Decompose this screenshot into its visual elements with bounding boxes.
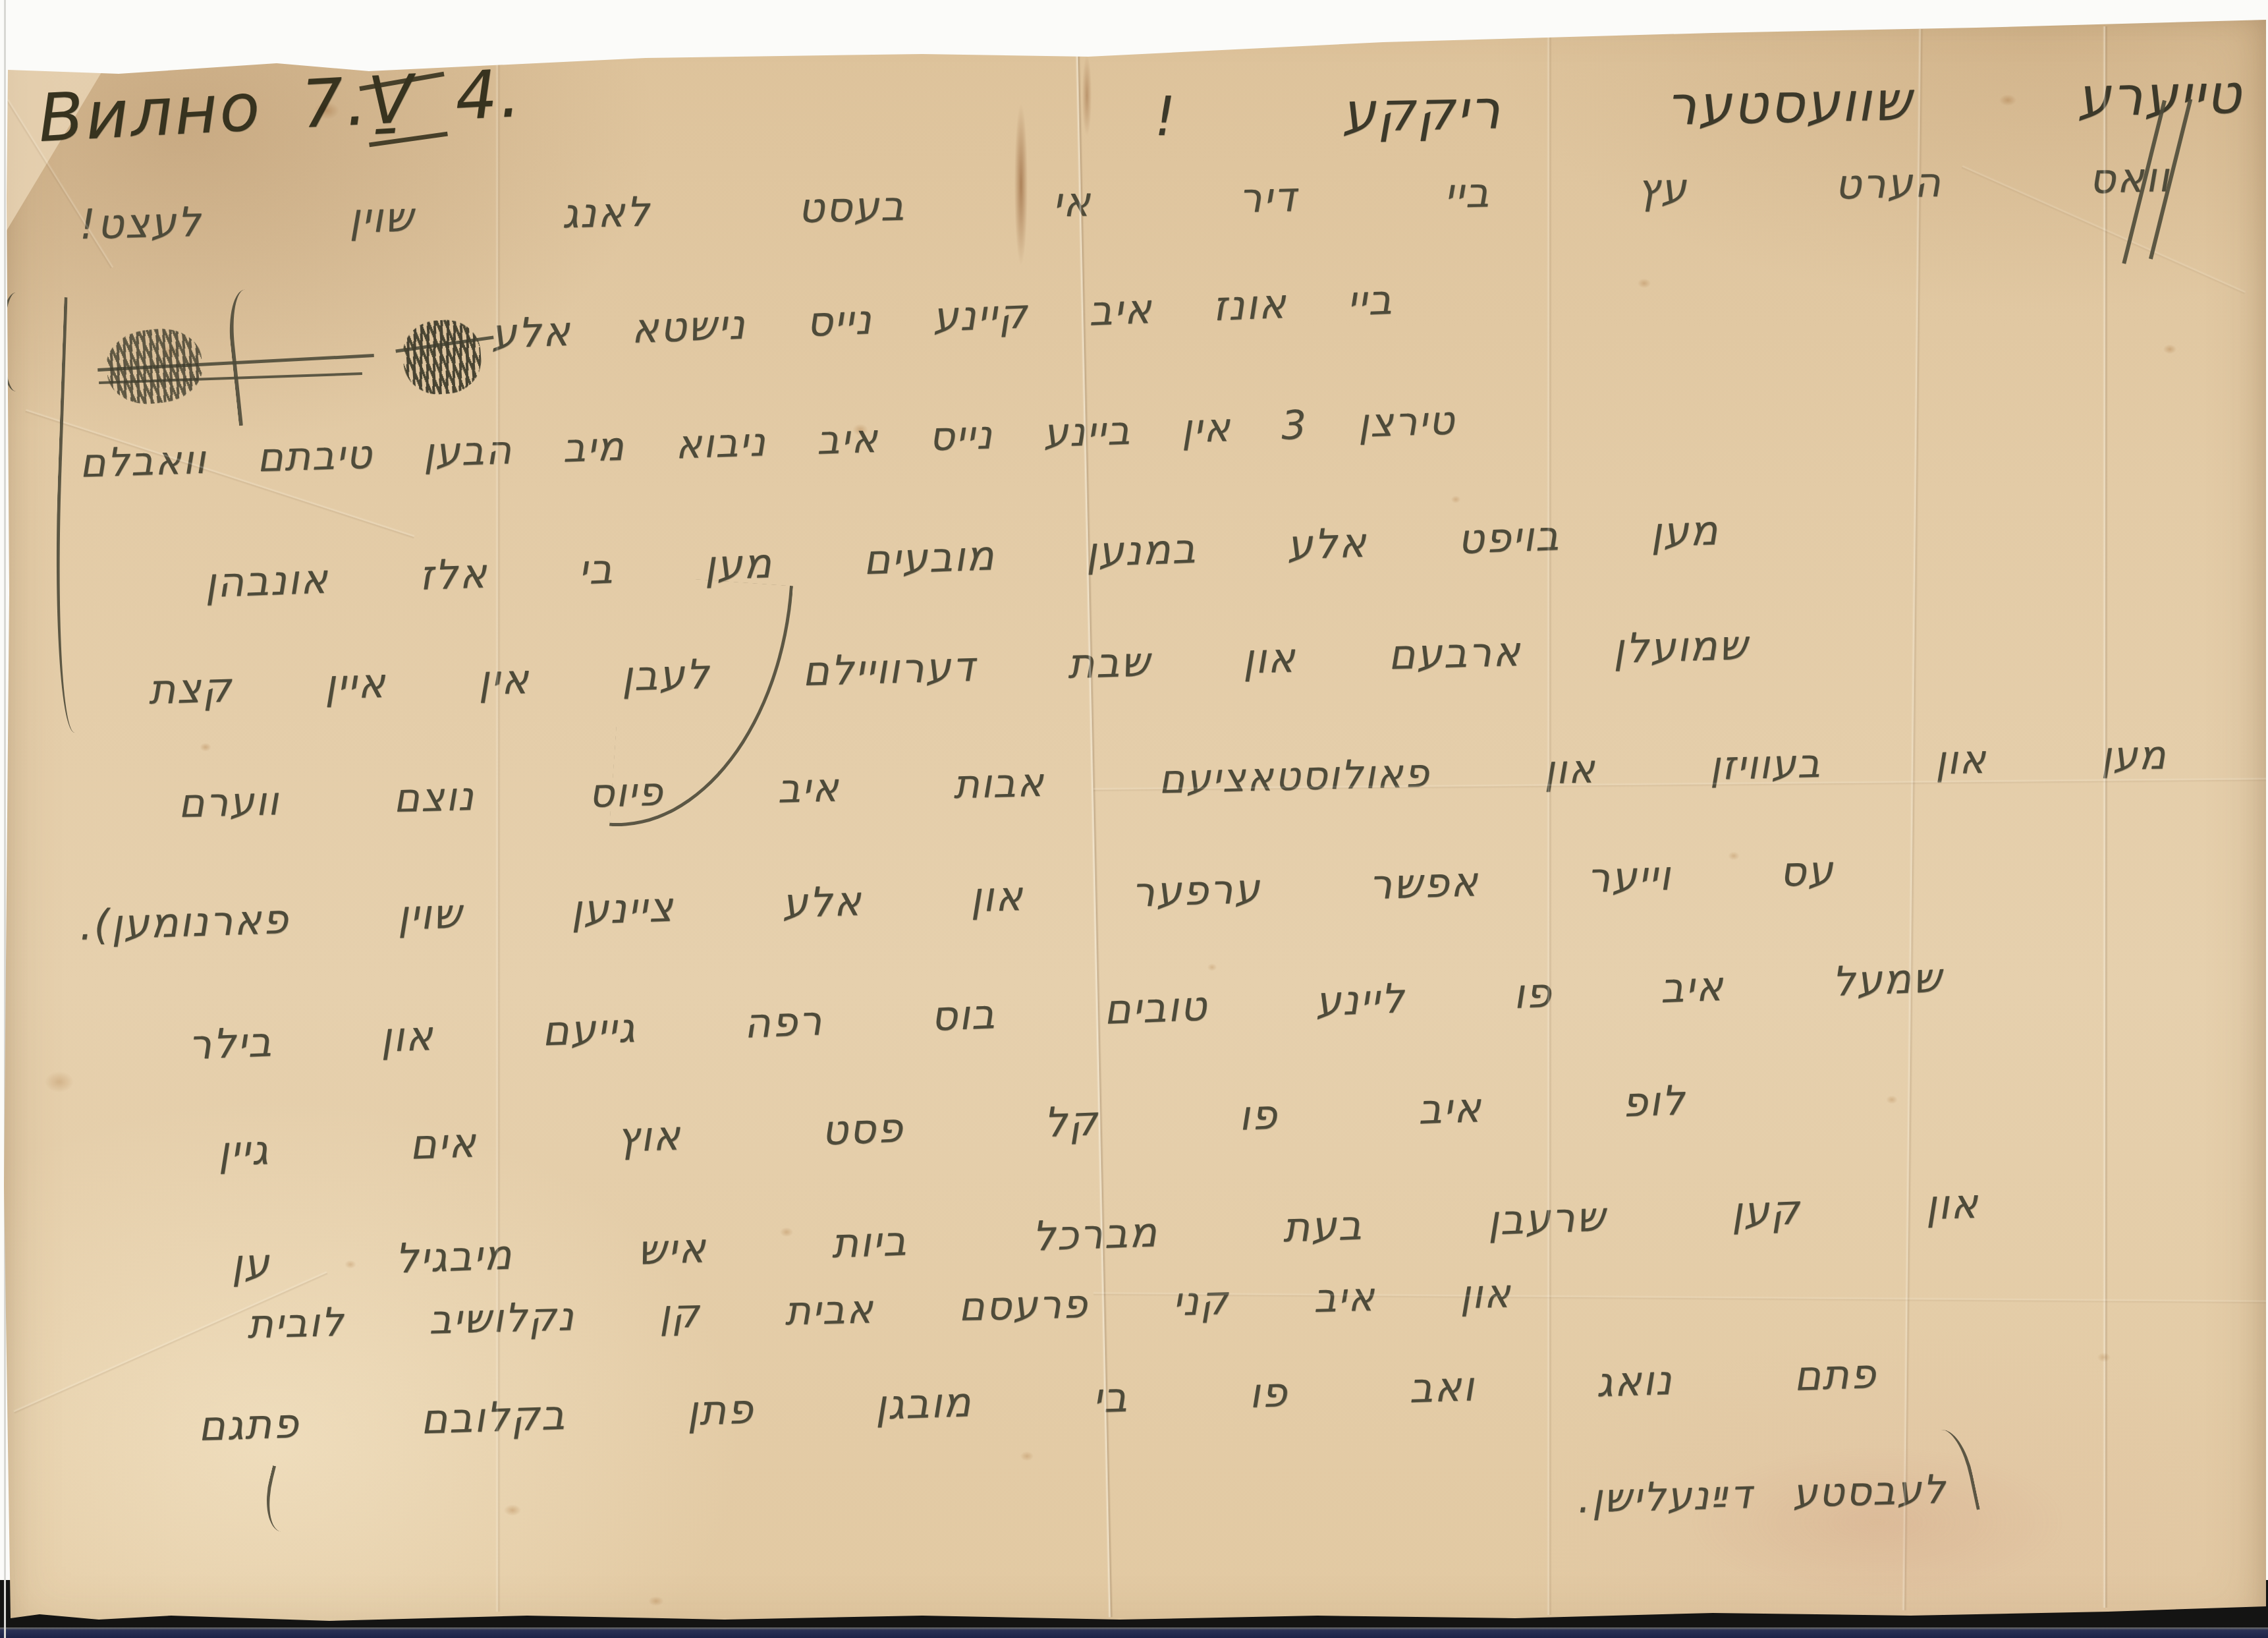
ink-stroke bbox=[225, 287, 289, 426]
ink-stroke bbox=[987, 5, 1041, 28]
paper-stain bbox=[1205, 962, 1219, 973]
paper-stain bbox=[1018, 1450, 1036, 1463]
paper-crease bbox=[1902, 29, 1923, 1610]
paper-stain bbox=[198, 741, 213, 753]
ink-stroke bbox=[258, 1465, 302, 1533]
paper-stain bbox=[1996, 92, 2020, 108]
handwriting-line-11: און איב קני פרעסם אבית קן נקלושיב לובית bbox=[247, 1274, 1512, 1346]
handwriting-line-8: שמעל איב פו ליינע טובים בוס רפה גייעם או… bbox=[188, 956, 1944, 1066]
handwriting-line-7: עס וייער אפשר ערפער און אלע ציינען שוין … bbox=[79, 849, 1835, 947]
paper-stain bbox=[646, 1595, 667, 1608]
paper-stain bbox=[310, 99, 344, 123]
paper-stain bbox=[777, 1226, 796, 1239]
crossed-out-word bbox=[103, 325, 206, 409]
paper-crease bbox=[2103, 26, 2108, 1608]
scanner-edge-line bbox=[4, 0, 6, 1638]
paper-stain bbox=[40, 1067, 79, 1096]
handwriting-line-9: לופ איב פו קל פסט אוץ אים גיין bbox=[217, 1079, 1687, 1173]
handwriting-line-5: שמועלן ארבעם און שבת דערוויילם לעבן אין … bbox=[148, 623, 1750, 711]
paper-stain bbox=[1449, 494, 1462, 505]
paper-stain bbox=[1012, 72, 1030, 297]
paper-crease bbox=[495, 63, 501, 1612]
paper-stain bbox=[1884, 1094, 1900, 1106]
letter-paper: Вилно 7.V̱ 4. טייערע שוועסטער ריקקע ! וו… bbox=[0, 0, 2268, 1638]
handwriting-line-2: ביי אונז איב קיינע נייס נישטא אלע bbox=[490, 278, 1393, 356]
handwriting-line-4: מען בויפט אלע במנען מובעים מען בי אלז או… bbox=[204, 509, 1720, 604]
paper-stain bbox=[850, 422, 871, 438]
paper-stain bbox=[2095, 1351, 2113, 1364]
paper-crease bbox=[1547, 37, 1552, 1615]
ink-stroke bbox=[49, 297, 107, 733]
paper-stain bbox=[1726, 850, 1742, 862]
handwriting-line-1: וואס הערט עץ ביי דיר אי בעסט לאנג שוין ל… bbox=[79, 155, 2171, 246]
scanned-letter-page: { "colors": { "ink": "#4e4b3a", "ink_dar… bbox=[0, 0, 2268, 1638]
letterhead-place-date: Вилно 7.V̱ 4. bbox=[37, 59, 524, 153]
paper-stain bbox=[1635, 277, 1653, 290]
handwriting-line-12: פתם נואג ואב פו בי מובגן פתן בקלובם פתגם bbox=[198, 1352, 1878, 1448]
handwriting-line-3: טירצן 3 אין ביינע נייס איב ניבוא מיב הבע… bbox=[79, 400, 1456, 485]
paper-stain bbox=[501, 1502, 524, 1518]
paper-stain bbox=[1080, 40, 1093, 152]
paper-stain bbox=[1614, 1417, 2141, 1627]
paper-stain bbox=[2161, 343, 2179, 356]
handwriting-line-6: מען און בעוויזן און פאולוסטאציעם אבות אי… bbox=[178, 735, 2168, 825]
crossed-out-word bbox=[401, 318, 484, 397]
greeting-line: טייערע שוועסטער ריקקע ! bbox=[1153, 67, 2242, 146]
paper-stain bbox=[343, 1258, 358, 1270]
